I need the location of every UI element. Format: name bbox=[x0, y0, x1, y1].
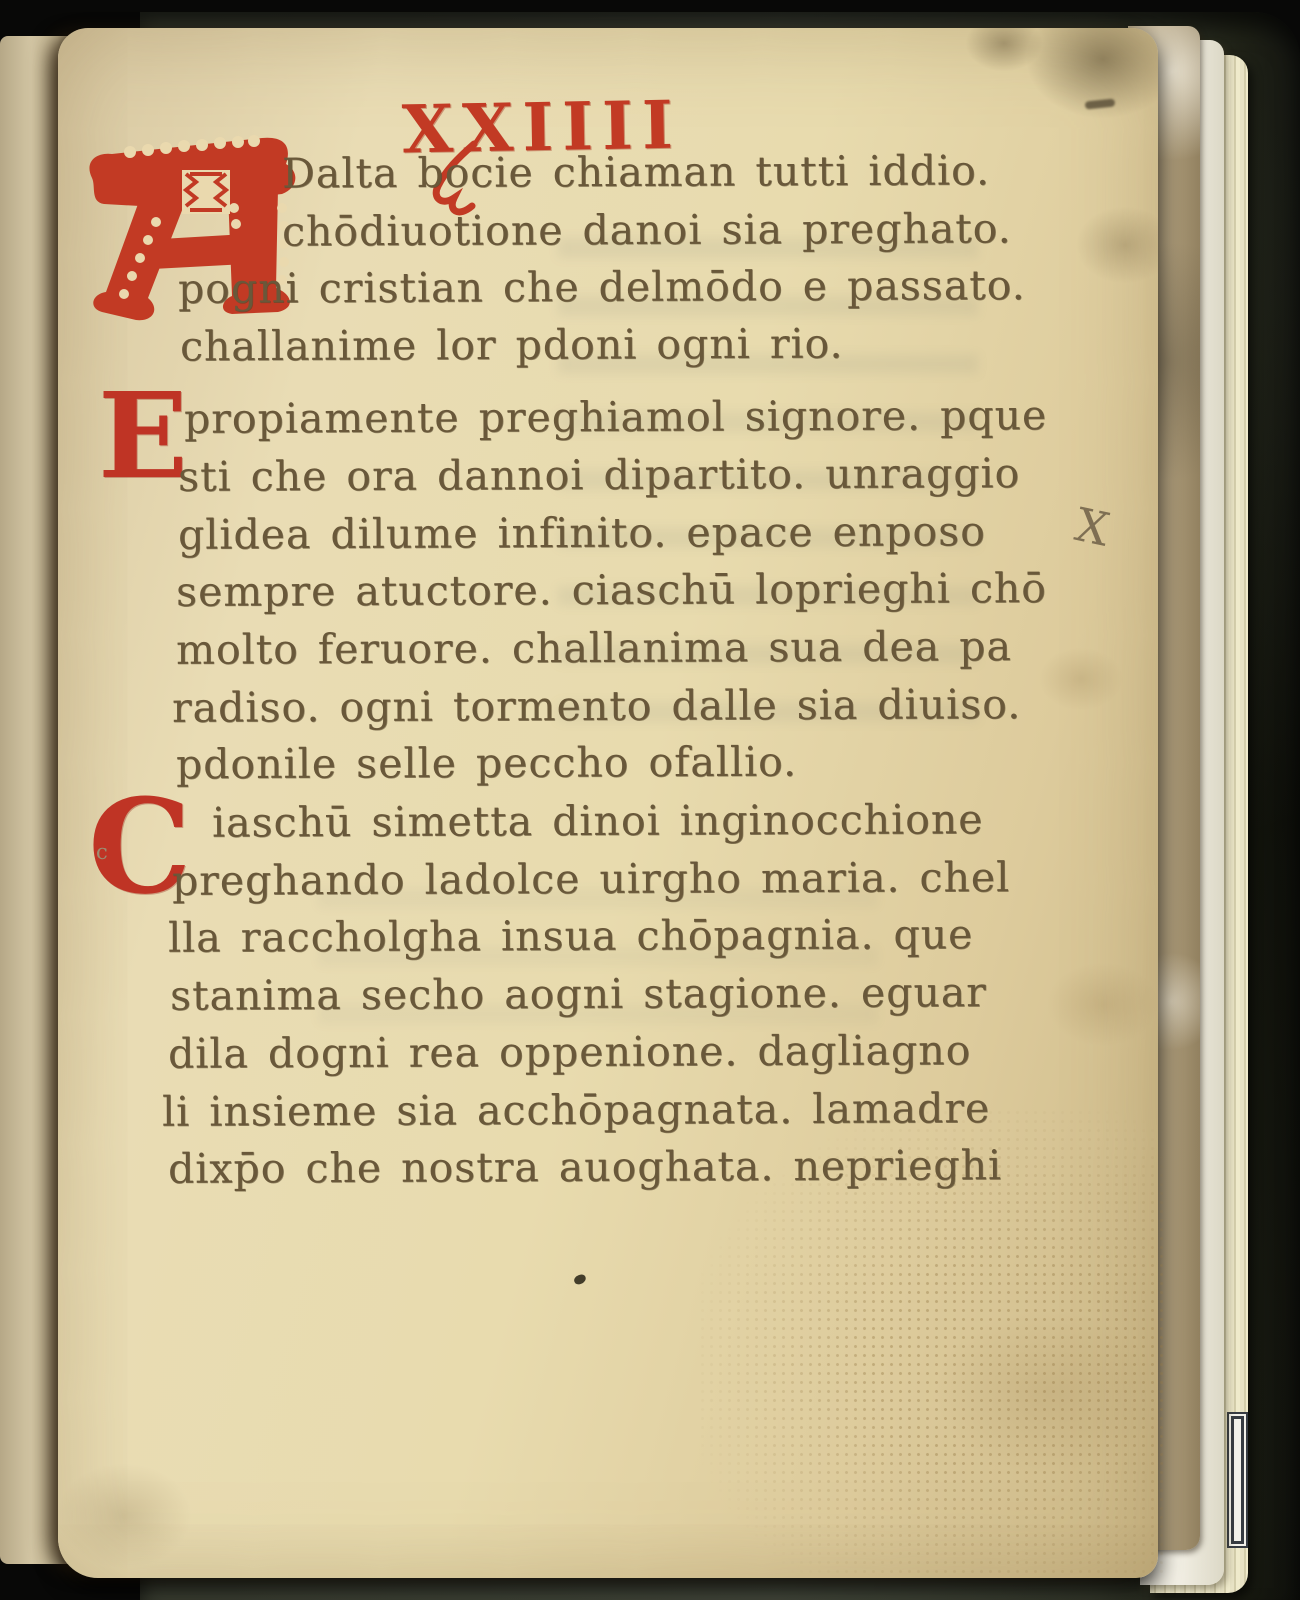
text-line: pdonile selle peccho ofallio. bbox=[176, 738, 797, 789]
text-line: dila dogni rea oppenione. dagliagno bbox=[168, 1026, 972, 1078]
text-line: pogni cristian che delmōdo e passato. bbox=[178, 261, 1026, 313]
text-line: Dalta bocie chiaman tutti iddio. bbox=[282, 146, 990, 197]
text-line: molto feruore. challanima sua dea pa bbox=[176, 622, 1012, 674]
text-line: propiamente preghiamol signore. pque bbox=[184, 391, 1047, 443]
text-line: li insieme sia acchōpagnata. lamadre bbox=[162, 1084, 990, 1136]
manuscript-photo: XXIIII A bbox=[0, 0, 1300, 1600]
text-line: preghando ladolce uirgho maria. chel bbox=[172, 853, 1010, 905]
text-line: glidea dilume infinito. epace enposo bbox=[178, 507, 986, 559]
text-line: challanime lor pdoni ogni rio. bbox=[180, 320, 844, 371]
text-line: iaschū simetta dinoi inginocchione bbox=[212, 795, 984, 846]
printed-border-inner-rule bbox=[1231, 1416, 1244, 1544]
rubric-initial-E: E bbox=[98, 386, 188, 486]
text-line: stanima secho aogni stagione. eguar bbox=[170, 968, 987, 1020]
printed-border-edge bbox=[1227, 1412, 1248, 1548]
text-line: chōdiuotione danoi sia preghato. bbox=[282, 204, 1012, 255]
text-line: sti che ora dannoi dipartito. unraggio bbox=[178, 449, 1021, 501]
text-line: lla raccholgha insua chōpagnia. que bbox=[168, 910, 974, 962]
guide-letter: c bbox=[96, 840, 108, 864]
text-line: sempre atuctore. ciaschū loprieghi chō bbox=[176, 564, 1047, 616]
text-line: radiso. ogni tormento dalle sia diuiso. bbox=[172, 680, 1021, 732]
text-line: dixp̄o che nostra auoghata. neprieghi bbox=[168, 1141, 1002, 1193]
